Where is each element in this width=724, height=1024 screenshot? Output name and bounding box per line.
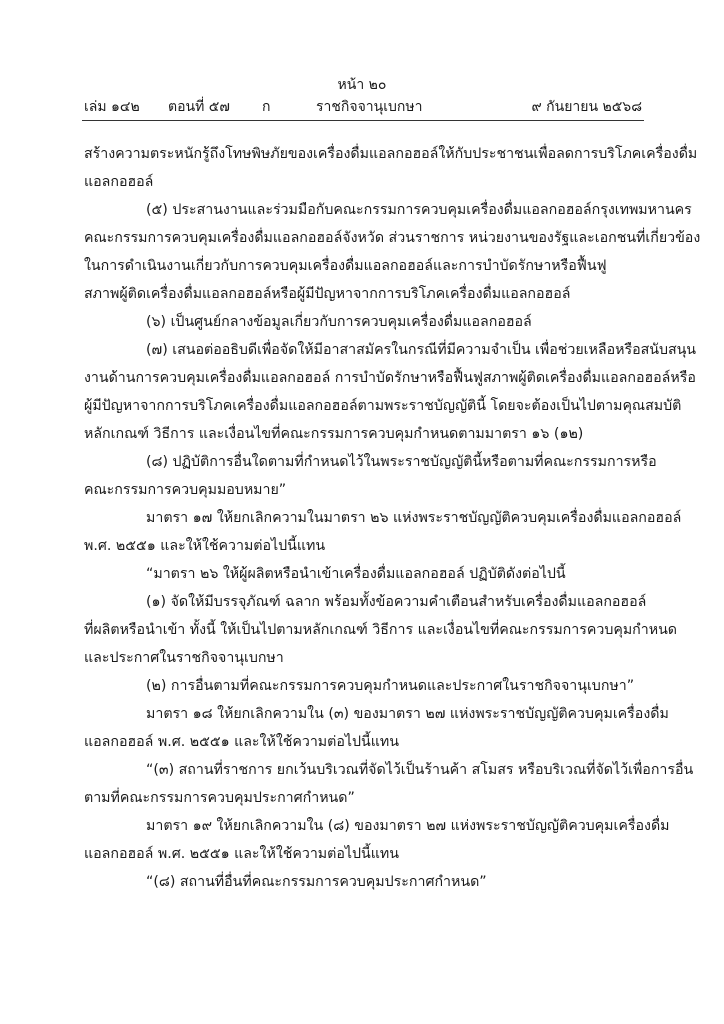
section-heading-line: มาตรา ๑๙ ให้ยกเลิกความใน (๘) ของมาตรา ๒๗… xyxy=(84,812,642,840)
body-line: “(๘) สถานที่อื่นที่คณะกรรมการควบคุมประกา… xyxy=(84,868,642,896)
body-line: ผู้มีปัญหาจากการบริโภคเครื่องดื่มแอลกอฮอ… xyxy=(84,392,642,420)
body-line: (๖) เป็นศูนย์กลางข้อมูลเกี่ยวกับการควบคุ… xyxy=(84,308,642,336)
section-heading-line: มาตรา ๑๗ ให้ยกเลิกความในมาตรา ๒๖ แห่งพระ… xyxy=(84,504,642,532)
body-line: หลักเกณฑ์ วิธีการ และเงื่อนไขที่คณะกรรมก… xyxy=(84,420,642,448)
body-line: (๒) การอื่นตามที่คณะกรรมการควบคุมกำหนดแล… xyxy=(84,672,642,700)
page-number: หน้า ๒๐ xyxy=(0,74,724,96)
body-line: (๘) ปฏิบัติการอื่นใดตามที่กำหนดไว้ในพระร… xyxy=(84,448,642,476)
section-label: ก xyxy=(262,96,270,118)
body-line: ตามที่คณะกรรมการควบคุมประกาศกำหนด” xyxy=(84,784,642,812)
issue-date: ๙ กันยายน ๒๕๖๘ xyxy=(531,96,642,118)
body-line: (๕) ประสานงานและร่วมมือกับคณะกรรมการควบค… xyxy=(84,196,642,224)
body-line: “มาตรา ๒๖ ให้ผู้ผลิตหรือนำเข้าเครื่องดื่… xyxy=(84,560,642,588)
body-line: ที่ผลิตหรือนำเข้า ทั้งนี้ ให้เป็นไปตามหล… xyxy=(84,616,642,644)
volume-label: เล่ม ๑๔๒ xyxy=(84,96,140,118)
body-line: พ.ศ. ๒๕๕๑ และให้ใช้ความต่อไปนี้แทน xyxy=(84,532,642,560)
issue-label: ตอนที่ ๕๗ xyxy=(168,96,230,118)
publication-title: ราชกิจจานุเบกษา xyxy=(316,96,422,118)
body-line: “(๓) สถานที่ราชการ ยกเว้นบริเวณที่จัดไว้… xyxy=(84,756,642,784)
body-line: (๗) เสนอต่ออธิบดีเพื่อจัดให้มีอาสาสมัครใ… xyxy=(84,336,642,364)
section-heading-line: มาตรา ๑๘ ให้ยกเลิกความใน (๓) ของมาตรา ๒๗… xyxy=(84,700,642,728)
running-header: เล่ม ๑๔๒ ตอนที่ ๕๗ ก ราชกิจจานุเบกษา ๙ ก… xyxy=(84,96,642,116)
body-line: สร้างความตระหนักรู้ถึงโทษพิษภัยของเครื่อ… xyxy=(84,140,642,168)
document-body: สร้างความตระหนักรู้ถึงโทษพิษภัยของเครื่อ… xyxy=(84,140,642,896)
body-line: (๑) จัดให้มีบรรจุภัณฑ์ ฉลาก พร้อมทั้งข้อ… xyxy=(84,588,642,616)
body-line: แอลกอฮอล์ พ.ศ. ๒๕๕๑ และให้ใช้ความต่อไปนี… xyxy=(84,840,642,868)
body-line: คณะกรรมการควบคุมมอบหมาย” xyxy=(84,476,642,504)
body-line: ในการดำเนินงานเกี่ยวกับการควบคุมเครื่องด… xyxy=(84,252,642,280)
body-line: งานด้านการควบคุมเครื่องดื่มแอลกอฮอล์ การ… xyxy=(84,364,642,392)
body-line: และประกาศในราชกิจจานุเบกษา xyxy=(84,644,642,672)
body-line: สภาพผู้ติดเครื่องดื่มแอลกอฮอล์หรือผู้มีป… xyxy=(84,280,642,308)
header-rule xyxy=(82,120,644,121)
body-line: แอลกอฮอล์ พ.ศ. ๒๕๕๑ และให้ใช้ความต่อไปนี… xyxy=(84,728,642,756)
body-line: คณะกรรมการควบคุมเครื่องดื่มแอลกอฮอล์จังห… xyxy=(84,224,642,252)
body-line: แอลกอฮอล์ xyxy=(84,168,642,196)
